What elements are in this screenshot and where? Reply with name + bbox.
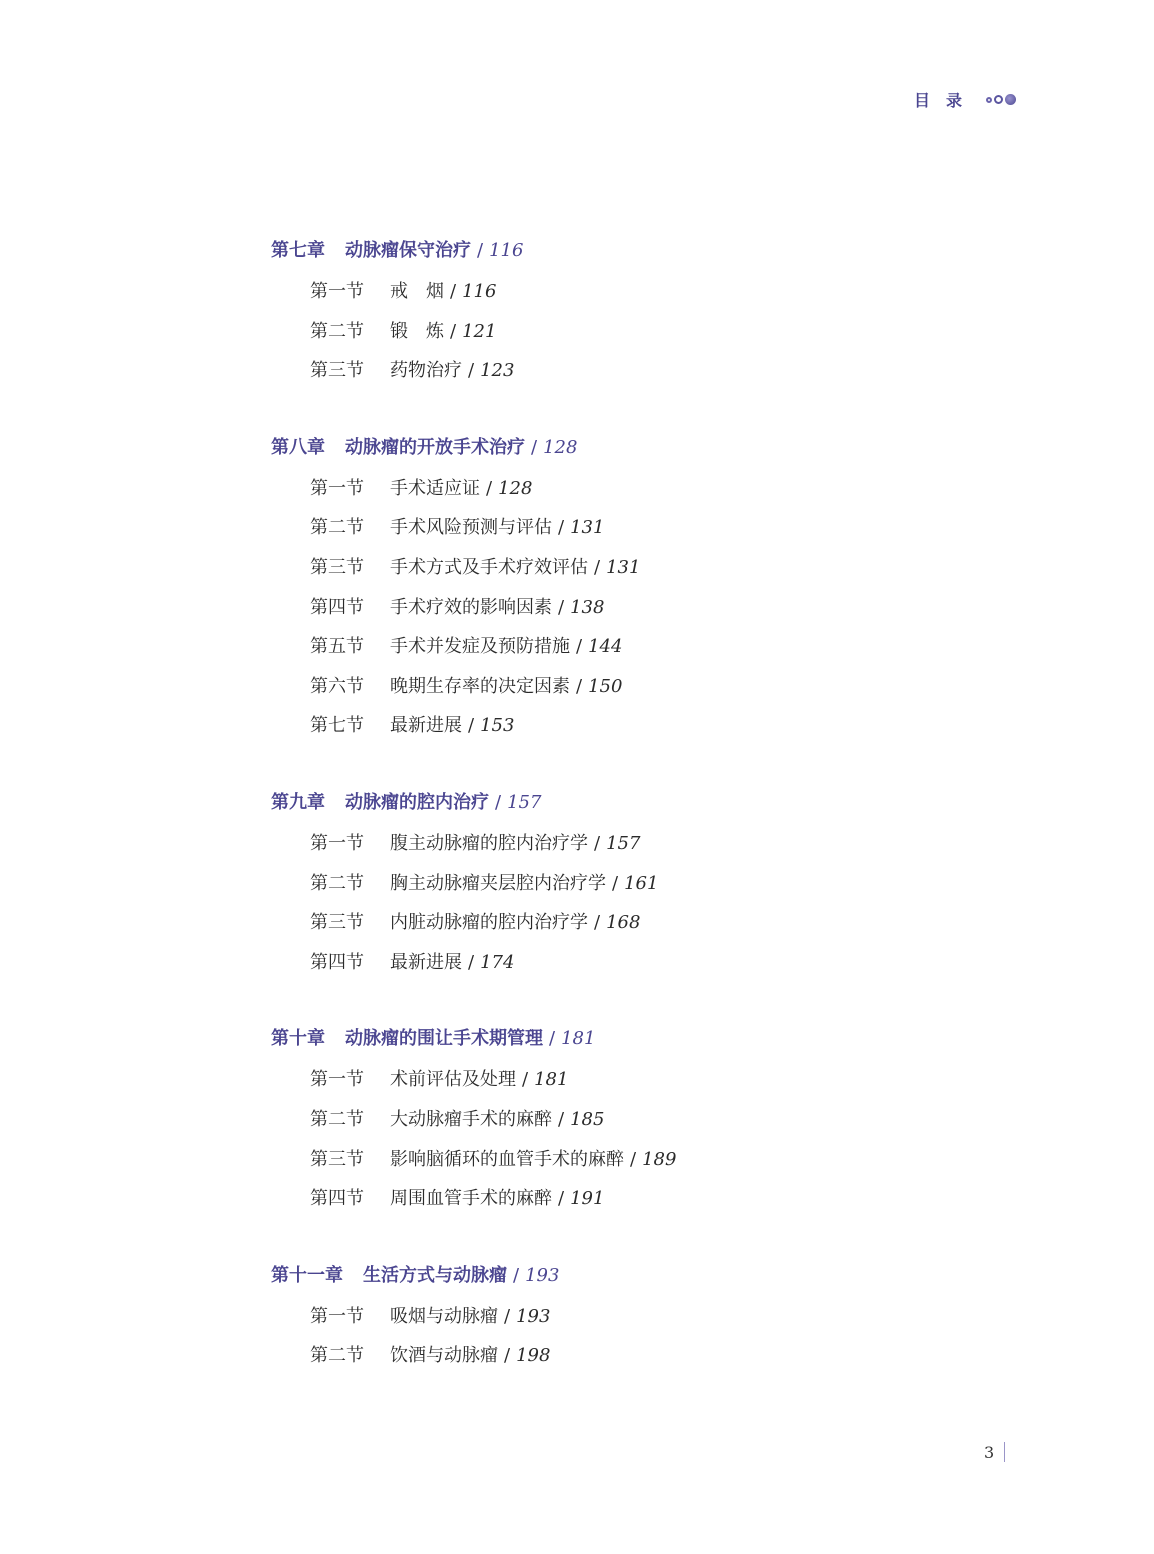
separator: / [522,1069,528,1090]
separator: / [450,281,456,302]
section-item[interactable]: 第四节周围血管手术的麻醉/191 [310,1183,676,1223]
section-number: 第二节 [310,512,390,544]
separator: / [531,437,537,458]
section-page: 131 [570,517,604,538]
chapter-heading[interactable]: 第十一章生活方式与动脉瘤/193 [271,1261,676,1291]
section-item[interactable]: 第四节手术疗效的影响因素/138 [310,592,676,632]
chapter-page: 157 [507,792,541,813]
section-item[interactable]: 第六节晚期生存率的决定因素/150 [310,671,676,711]
chapter-title: 动脉瘤的围让手术期管理 [345,1028,543,1049]
separator: / [504,1306,510,1327]
separator: / [594,557,600,578]
section-number: 第一节 [310,828,390,860]
chapter-number: 第十章 [271,1024,325,1054]
section-number: 第五节 [310,631,390,663]
section-item[interactable]: 第四节最新进展/174 [310,947,676,987]
section-title: 最新进展 [390,715,462,736]
running-head: 目 录 [914,88,1016,111]
chapter-10: 第十章动脉瘤的围让手术期管理/181 第一节术前评估及处理/181 第二节大动脉… [271,1024,676,1222]
section-title: 戒 烟 [390,281,444,302]
chapter-heading[interactable]: 第八章动脉瘤的开放手术治疗/128 [271,433,676,463]
section-item[interactable]: 第三节内脏动脉瘤的腔内治疗学/168 [310,907,676,947]
section-number: 第二节 [310,1340,390,1372]
section-page: 168 [606,912,640,933]
page-number-divider [1004,1442,1005,1462]
section-number: 第四节 [310,947,390,979]
separator: / [504,1345,510,1366]
three-dots-icon [984,94,1016,105]
chapter-11: 第十一章生活方式与动脉瘤/193 第一节吸烟与动脉瘤/193 第二节饮酒与动脉瘤… [271,1261,676,1380]
section-item[interactable]: 第五节手术并发症及预防措施/144 [310,631,676,671]
chapter-heading[interactable]: 第十章动脉瘤的围让手术期管理/181 [271,1024,676,1054]
separator: / [468,360,474,381]
chapter-number: 第七章 [271,236,325,266]
section-number: 第六节 [310,671,390,703]
section-page: 144 [588,636,622,657]
section-page: 181 [534,1069,568,1090]
section-title: 胸主动脉瘤夹层腔内治疗学 [390,873,606,894]
separator: / [549,1028,555,1049]
section-page: 116 [462,281,496,302]
section-title: 最新进展 [390,952,462,973]
page-number-text: 3 [984,1443,994,1462]
section-number: 第四节 [310,592,390,624]
section-page: 128 [498,478,532,499]
section-title: 大动脉瘤手术的麻醉 [390,1109,552,1130]
section-title: 术前评估及处理 [390,1069,516,1090]
section-page: 150 [588,676,622,697]
chapter-title: 动脉瘤保守治疗 [345,240,471,261]
separator: / [558,1188,564,1209]
section-title: 腹主动脉瘤的腔内治疗学 [390,833,588,854]
section-title: 内脏动脉瘤的腔内治疗学 [390,912,588,933]
chapter-9: 第九章动脉瘤的腔内治疗/157 第一节腹主动脉瘤的腔内治疗学/157 第二节胸主… [271,788,676,986]
section-item[interactable]: 第一节戒 烟/116 [310,276,676,316]
section-number: 第三节 [310,1144,390,1176]
section-number: 第三节 [310,355,390,387]
chapter-title: 生活方式与动脉瘤 [363,1265,507,1286]
section-item[interactable]: 第一节吸烟与动脉瘤/193 [310,1301,676,1341]
section-page: 198 [516,1345,550,1366]
section-title: 手术疗效的影响因素 [390,597,552,618]
section-page: 161 [624,873,658,894]
section-title: 手术风险预测与评估 [390,517,552,538]
section-page: 123 [480,360,514,381]
section-item[interactable]: 第一节术前评估及处理/181 [310,1064,676,1104]
section-item[interactable]: 第三节手术方式及手术疗效评估/131 [310,552,676,592]
section-number: 第一节 [310,473,390,505]
section-number: 第一节 [310,1064,390,1096]
section-title: 饮酒与动脉瘤 [390,1345,498,1366]
separator: / [450,321,456,342]
section-number: 第二节 [310,1104,390,1136]
separator: / [576,676,582,697]
section-number: 第三节 [310,552,390,584]
section-title: 手术方式及手术疗效评估 [390,557,588,578]
separator: / [468,952,474,973]
section-number: 第二节 [310,316,390,348]
section-item[interactable]: 第三节药物治疗/123 [310,355,676,395]
separator: / [495,792,501,813]
chapter-heading[interactable]: 第九章动脉瘤的腔内治疗/157 [271,788,676,818]
section-item[interactable]: 第一节腹主动脉瘤的腔内治疗学/157 [310,828,676,868]
separator: / [558,597,564,618]
section-page: 191 [570,1188,604,1209]
section-item[interactable]: 第三节影响脑循环的血管手术的麻醉/189 [310,1144,676,1184]
section-page: 174 [480,952,514,973]
chapter-heading[interactable]: 第七章动脉瘤保守治疗/116 [271,236,676,266]
section-page: 189 [642,1149,676,1170]
table-of-contents: 第七章动脉瘤保守治疗/116 第一节戒 烟/116 第二节锻 炼/121 第三节… [271,236,676,1418]
chapter-page: 193 [525,1265,559,1286]
section-item[interactable]: 第二节大动脉瘤手术的麻醉/185 [310,1104,676,1144]
section-item[interactable]: 第二节胸主动脉瘤夹层腔内治疗学/161 [310,868,676,908]
section-item[interactable]: 第七节最新进展/153 [310,710,676,750]
chapter-page: 181 [561,1028,595,1049]
chapter-number: 第九章 [271,788,325,818]
chapter-page: 128 [543,437,577,458]
separator: / [558,517,564,538]
section-number: 第一节 [310,276,390,308]
section-title: 周围血管手术的麻醉 [390,1188,552,1209]
section-number: 第三节 [310,907,390,939]
section-item[interactable]: 第二节饮酒与动脉瘤/198 [310,1340,676,1380]
section-item[interactable]: 第二节手术风险预测与评估/131 [310,512,676,552]
chapter-7: 第七章动脉瘤保守治疗/116 第一节戒 烟/116 第二节锻 炼/121 第三节… [271,236,676,395]
separator: / [630,1149,636,1170]
section-page: 153 [480,715,514,736]
page-number: 3 [984,1442,1005,1462]
section-page: 131 [606,557,640,578]
section-item[interactable]: 第一节手术适应证/128 [310,473,676,513]
section-title: 手术适应证 [390,478,480,499]
chapter-number: 第十一章 [271,1261,343,1291]
chapter-number: 第八章 [271,433,325,463]
running-head-title: 目 录 [914,88,962,111]
section-number: 第二节 [310,868,390,900]
separator: / [486,478,492,499]
section-number: 第四节 [310,1183,390,1215]
separator: / [558,1109,564,1130]
section-title: 锻 炼 [390,321,444,342]
section-number: 第七节 [310,710,390,742]
section-title: 晚期生存率的决定因素 [390,676,570,697]
section-page: 185 [570,1109,604,1130]
section-title: 药物治疗 [390,360,462,381]
separator: / [612,873,618,894]
section-page: 121 [462,321,496,342]
chapter-title: 动脉瘤的腔内治疗 [345,792,489,813]
section-item[interactable]: 第二节锻 炼/121 [310,316,676,356]
separator: / [513,1265,519,1286]
section-page: 138 [570,597,604,618]
section-page: 193 [516,1306,550,1327]
separator: / [468,715,474,736]
chapter-title: 动脉瘤的开放手术治疗 [345,437,525,458]
chapter-8: 第八章动脉瘤的开放手术治疗/128 第一节手术适应证/128 第二节手术风险预测… [271,433,676,750]
section-title: 吸烟与动脉瘤 [390,1306,498,1327]
separator: / [477,240,483,261]
section-title: 影响脑循环的血管手术的麻醉 [390,1149,624,1170]
separator: / [594,833,600,854]
section-number: 第一节 [310,1301,390,1333]
section-title: 手术并发症及预防措施 [390,636,570,657]
separator: / [576,636,582,657]
chapter-page: 116 [489,240,523,261]
section-page: 157 [606,833,640,854]
separator: / [594,912,600,933]
